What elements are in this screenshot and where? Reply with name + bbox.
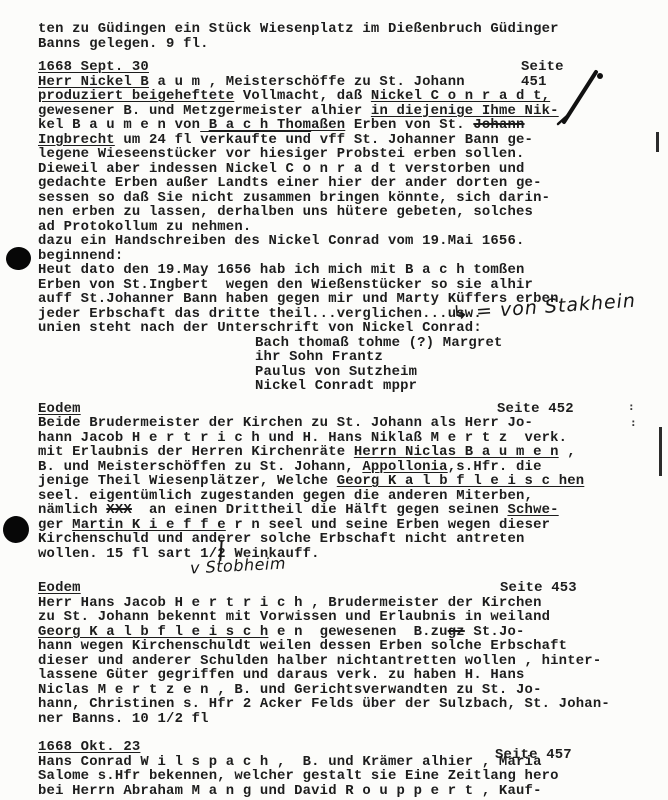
text-segment: Banns gelegen. 9 fl. xyxy=(38,36,209,52)
text-line: gedachte Erben außer Landts einer hier d… xyxy=(38,176,654,191)
text-line: Banns gelegen. 9 fl. xyxy=(38,37,654,52)
text-line: hann Jacob H e r t r i c h und H. Hans N… xyxy=(38,431,654,446)
text-line: legene Wieseenstücker vor hiesiger Probs… xyxy=(38,147,654,162)
text-line: jenige Theil Wiesenplätzer, Welche Georg… xyxy=(38,474,654,489)
text-line: 1668 Okt. 23Seite 457 xyxy=(38,740,654,755)
text-line: Kirchenschuld und anderer solche Erbscha… xyxy=(38,532,654,547)
text-segment: , xyxy=(559,444,576,460)
text-line: hann wegen Kirchenschuldt weilen dessen … xyxy=(38,639,654,654)
text-line: Georg K a l b f l e i s c h e n gewesene… xyxy=(38,625,654,640)
text-line: hann, Christinen s. Hfr 2 Acker Felds üb… xyxy=(38,697,654,712)
text-line: dazu ein Handschreiben des Nickel Conrad… xyxy=(38,234,654,249)
page-reference: Seite 453 xyxy=(500,581,577,596)
text-line: ihr Sohn Frantz xyxy=(38,350,654,365)
colon-mark: : xyxy=(630,416,637,429)
text-line: Erben von St.Ingbert wegen den Wießenstü… xyxy=(38,278,654,293)
text-line: Bach thomaß tohme (?) Margret xyxy=(38,336,654,351)
margin-bar xyxy=(659,427,662,476)
text-line: ad Protokollum zu nehmen. xyxy=(38,220,654,235)
text-line: ner Banns. 10 1/2 fl xyxy=(38,712,654,727)
text-line: Heut dato den 19.May 1656 hab ich mich m… xyxy=(38,263,654,278)
text-segment: Nickel Conradt mppr xyxy=(255,378,417,394)
document-page: ten zu Güdingen ein Stück Wiesenplatz im… xyxy=(0,0,668,800)
text-line: dieser und anderer Schulden halber nicht… xyxy=(38,654,654,669)
text-line: Hans Conrad W i l s p a c h , B. und Krä… xyxy=(38,755,654,770)
text-line: seel. eigentümlich zugestanden gegen die… xyxy=(38,489,654,504)
text-line: bei Herrn Abraham M a n g und David R o … xyxy=(38,784,654,799)
text-line: Nickel Conradt mppr xyxy=(38,379,654,394)
text-line: nen erben zu lassen, derhalben uns hüter… xyxy=(38,205,654,220)
text-line: sessen so daß Sie nicht zusammen bringen… xyxy=(38,191,654,206)
ink-dot-bottom xyxy=(2,515,31,545)
text-line: mit Erlaubnis der Herren Kirchenräte Her… xyxy=(38,445,654,460)
text-line: Niclas M e r t z e n , B. und Gerichtsve… xyxy=(38,683,654,698)
text-line: Dieweil aber indessen Nickel C o n r a d… xyxy=(38,162,654,177)
typewritten-text: ten zu Güdingen ein Stück Wiesenplatz im… xyxy=(38,22,654,798)
text-segment: bei Herrn Abraham M a n g und David R o … xyxy=(38,783,542,799)
text-line: nämlich XXX an einen Drittheil die Hälft… xyxy=(38,503,654,518)
text-line: EodemSeite 452 xyxy=(38,402,654,417)
text-line: Salome s.Hfr bekennen, welcher gestalt s… xyxy=(38,769,654,784)
text-line: EodemSeite 453 xyxy=(38,581,654,596)
text-segment: ner Banns. 10 1/2 fl xyxy=(38,711,209,727)
text-line: wollen. 15 fl sart 1/2 Weinkauff. xyxy=(38,547,654,562)
text-line: B. und Meisterschöffen zu St. Johann, Ap… xyxy=(38,460,654,475)
text-line: zu St. Johann bekennt mit Vorwissen und … xyxy=(38,610,654,625)
text-line: ger Martin K i e f f e r n seel und sein… xyxy=(38,518,654,533)
colon-mark: : xyxy=(628,400,635,413)
text-line: Ingbrecht um 24 fl verkaufte und vff St.… xyxy=(38,133,654,148)
text-line: Paulus von Sutzheim xyxy=(38,365,654,380)
page-reference: Seite 452 xyxy=(497,402,574,417)
pen-slash-mark xyxy=(556,60,608,126)
page-reference: 451 xyxy=(521,75,547,90)
text-line: Herr Hans Jacob H e r t r i c h , Bruder… xyxy=(38,596,654,611)
text-line: unien steht nach der Unterschrift von Ni… xyxy=(38,321,654,336)
text-line: ten zu Güdingen ein Stück Wiesenplatz im… xyxy=(38,22,654,37)
text-line: lassene Güter gegriffen und daraus verk.… xyxy=(38,668,654,683)
text-line: Beide Brudermeister der Kirchen zu St. J… xyxy=(38,416,654,431)
text-line: beginnend: xyxy=(38,249,654,264)
ink-dot-top xyxy=(5,245,33,271)
margin-tick xyxy=(656,132,659,152)
